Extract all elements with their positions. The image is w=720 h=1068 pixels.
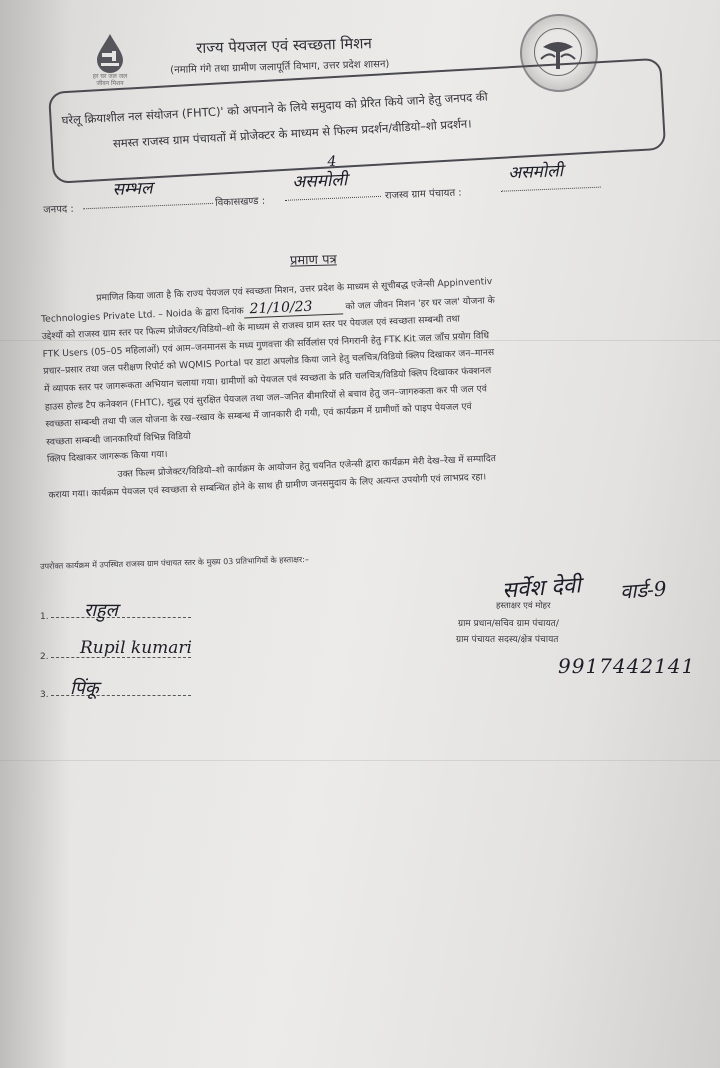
block-field-line: [285, 196, 381, 201]
water-drop-icon: [94, 33, 126, 73]
certificate-body: प्रमाणित किया जाता है कि राज्य पेयजल एवं…: [40, 265, 688, 504]
scanned-document: हर घर जल जल जीवन मिशन राज्य पेयजल एवं स्…: [0, 0, 720, 1068]
participant-signature: Rupil kumari: [80, 638, 192, 658]
district-field-line: [83, 203, 213, 209]
jal-jeevan-mission-logo: हर घर जल जल जीवन मिशन: [88, 33, 132, 95]
participant-number: 2.: [40, 652, 49, 662]
ward-number: वार्ड-9: [619, 574, 667, 604]
participant-number: 1.: [40, 612, 49, 622]
logo-caption: हर घर जल जल जीवन मिशन: [88, 73, 132, 87]
participant-row: 3. पिंकू: [40, 690, 191, 700]
certificate-heading: प्रमाण पत्र: [290, 249, 337, 268]
panchayat-label: राजस्व ग्राम पंचायत :: [385, 184, 462, 201]
participant-signature: पिंकू: [70, 676, 99, 700]
designation-line-2: ग्राम पंचायत सदस्य/क्षेत्र पंचायत: [456, 632, 558, 645]
participant-row: 2. Rupil kumari: [40, 652, 191, 662]
document-subtitle: (नमामि गंगे तथा ग्रामीण जलापूर्ति विभाग,…: [170, 56, 390, 76]
block-label: विकासखण्ड :: [215, 193, 266, 209]
signature-line: [51, 616, 191, 618]
panchayat-value: असमोली: [508, 158, 564, 183]
district-label: जनपद :: [43, 201, 74, 216]
body-line-part: को जल जीवन मिशन 'हर घर जल' योजना के: [345, 295, 495, 312]
participant-row: 1. राहुल: [40, 612, 191, 622]
designation-line-1: ग्राम प्रधान/सचिव ग्राम पंचायत/: [458, 616, 559, 629]
handwritten-mark: 4: [327, 154, 337, 170]
block-value: असमोली: [292, 167, 348, 192]
participant-number: 3.: [40, 690, 49, 700]
program-date: 21/10/23: [243, 297, 343, 318]
signature-stamp-label: हस्ताक्षर एवं मोहर: [496, 600, 551, 611]
participant-signature: राहुल: [84, 598, 118, 622]
district-value: सम्भल: [112, 175, 153, 200]
document-title: राज्य पेयजल एवं स्वच्छता मिशन: [196, 33, 372, 58]
phone-number: 9917442141: [558, 654, 695, 678]
participants-intro: उपरोक्त कार्यक्रम में उपस्थित राजस्व ग्र…: [40, 551, 370, 573]
paper-fold: [0, 760, 720, 761]
panchayat-field-line: [501, 187, 601, 192]
